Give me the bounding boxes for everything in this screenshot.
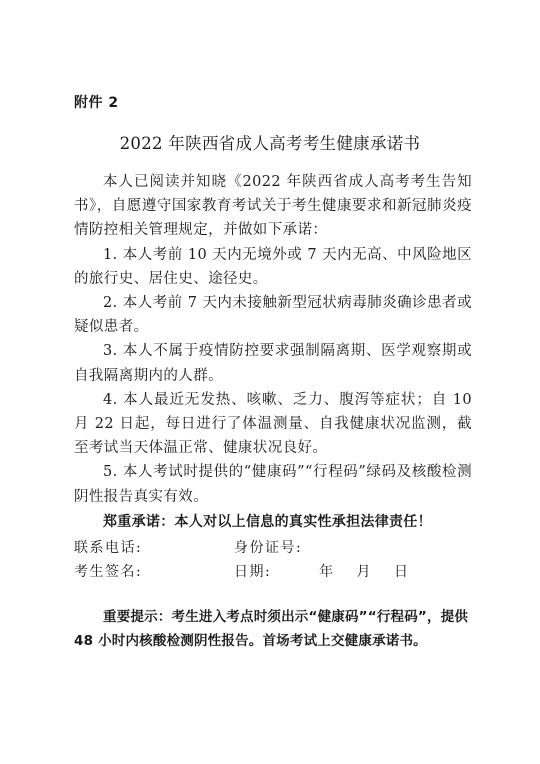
commitment-item-2: 2. 本人考前 7 天内未接触新型冠状病毒肺炎确诊患者或疑似患者。 bbox=[74, 291, 472, 339]
date-label: 日期: bbox=[234, 561, 271, 581]
notice-text: 重要提示：考生进入考点时须出示“健康码”“行程码”，提供 48 小时内核酸检测阴… bbox=[74, 605, 472, 653]
signature-fields: 联系电话: 身份证号: 考生签名: 日期: 年 月 日 bbox=[74, 537, 474, 585]
date-field: 日期: 年 月 日 bbox=[234, 561, 409, 581]
important-notice: 重要提示：考生进入考点时须出示“健康码”“行程码”，提供 48 小时内核酸检测阴… bbox=[74, 605, 472, 653]
commitment-item-4: 4. 本人最近无发热、咳嗽、乏力、腹泻等症状；自 10 月 22 日起，每日进行… bbox=[74, 388, 472, 461]
document-title: 2022 年陕西省成人高考考生健康承诺书 bbox=[0, 130, 540, 154]
id-number-label: 身份证号: bbox=[234, 537, 302, 557]
signature-label: 考生签名: bbox=[74, 561, 142, 581]
commitment-item-1: 1. 本人考前 10 天内无境外或 7 天内无高、中风险地区的旅行史、居住史、途… bbox=[74, 243, 472, 291]
document-page: 附件 2 2022 年陕西省成人高考考生健康承诺书 本人已阅读并知晓《2022 … bbox=[0, 0, 540, 764]
signature-row: 考生签名: 日期: 年 月 日 bbox=[74, 561, 474, 585]
day-label: 日 bbox=[394, 561, 410, 581]
commitment-item-3: 3. 本人不属于疫情防控要求强制隔离期、医学观察期或自我隔离期内的人群。 bbox=[74, 339, 472, 387]
document-body: 本人已阅读并知晓《2022 年陕西省成人高考考生告知书》，自愿遵守国家教育考试关… bbox=[74, 170, 472, 509]
commitment-item-5: 5. 本人考试时提供的“健康码”“行程码”绿码及核酸检测阴性报告真实有效。 bbox=[74, 460, 472, 508]
month-label: 月 bbox=[357, 561, 373, 581]
phone-label: 联系电话: bbox=[74, 537, 142, 557]
year-label: 年 bbox=[319, 561, 335, 581]
contact-row: 联系电话: 身份证号: bbox=[74, 537, 474, 561]
solemn-pledge: 郑重承诺：本人对以上信息的真实性承担法律责任！ bbox=[74, 511, 472, 531]
attachment-label: 附件 2 bbox=[74, 92, 119, 112]
intro-paragraph: 本人已阅读并知晓《2022 年陕西省成人高考考生告知书》，自愿遵守国家教育考试关… bbox=[74, 170, 472, 243]
